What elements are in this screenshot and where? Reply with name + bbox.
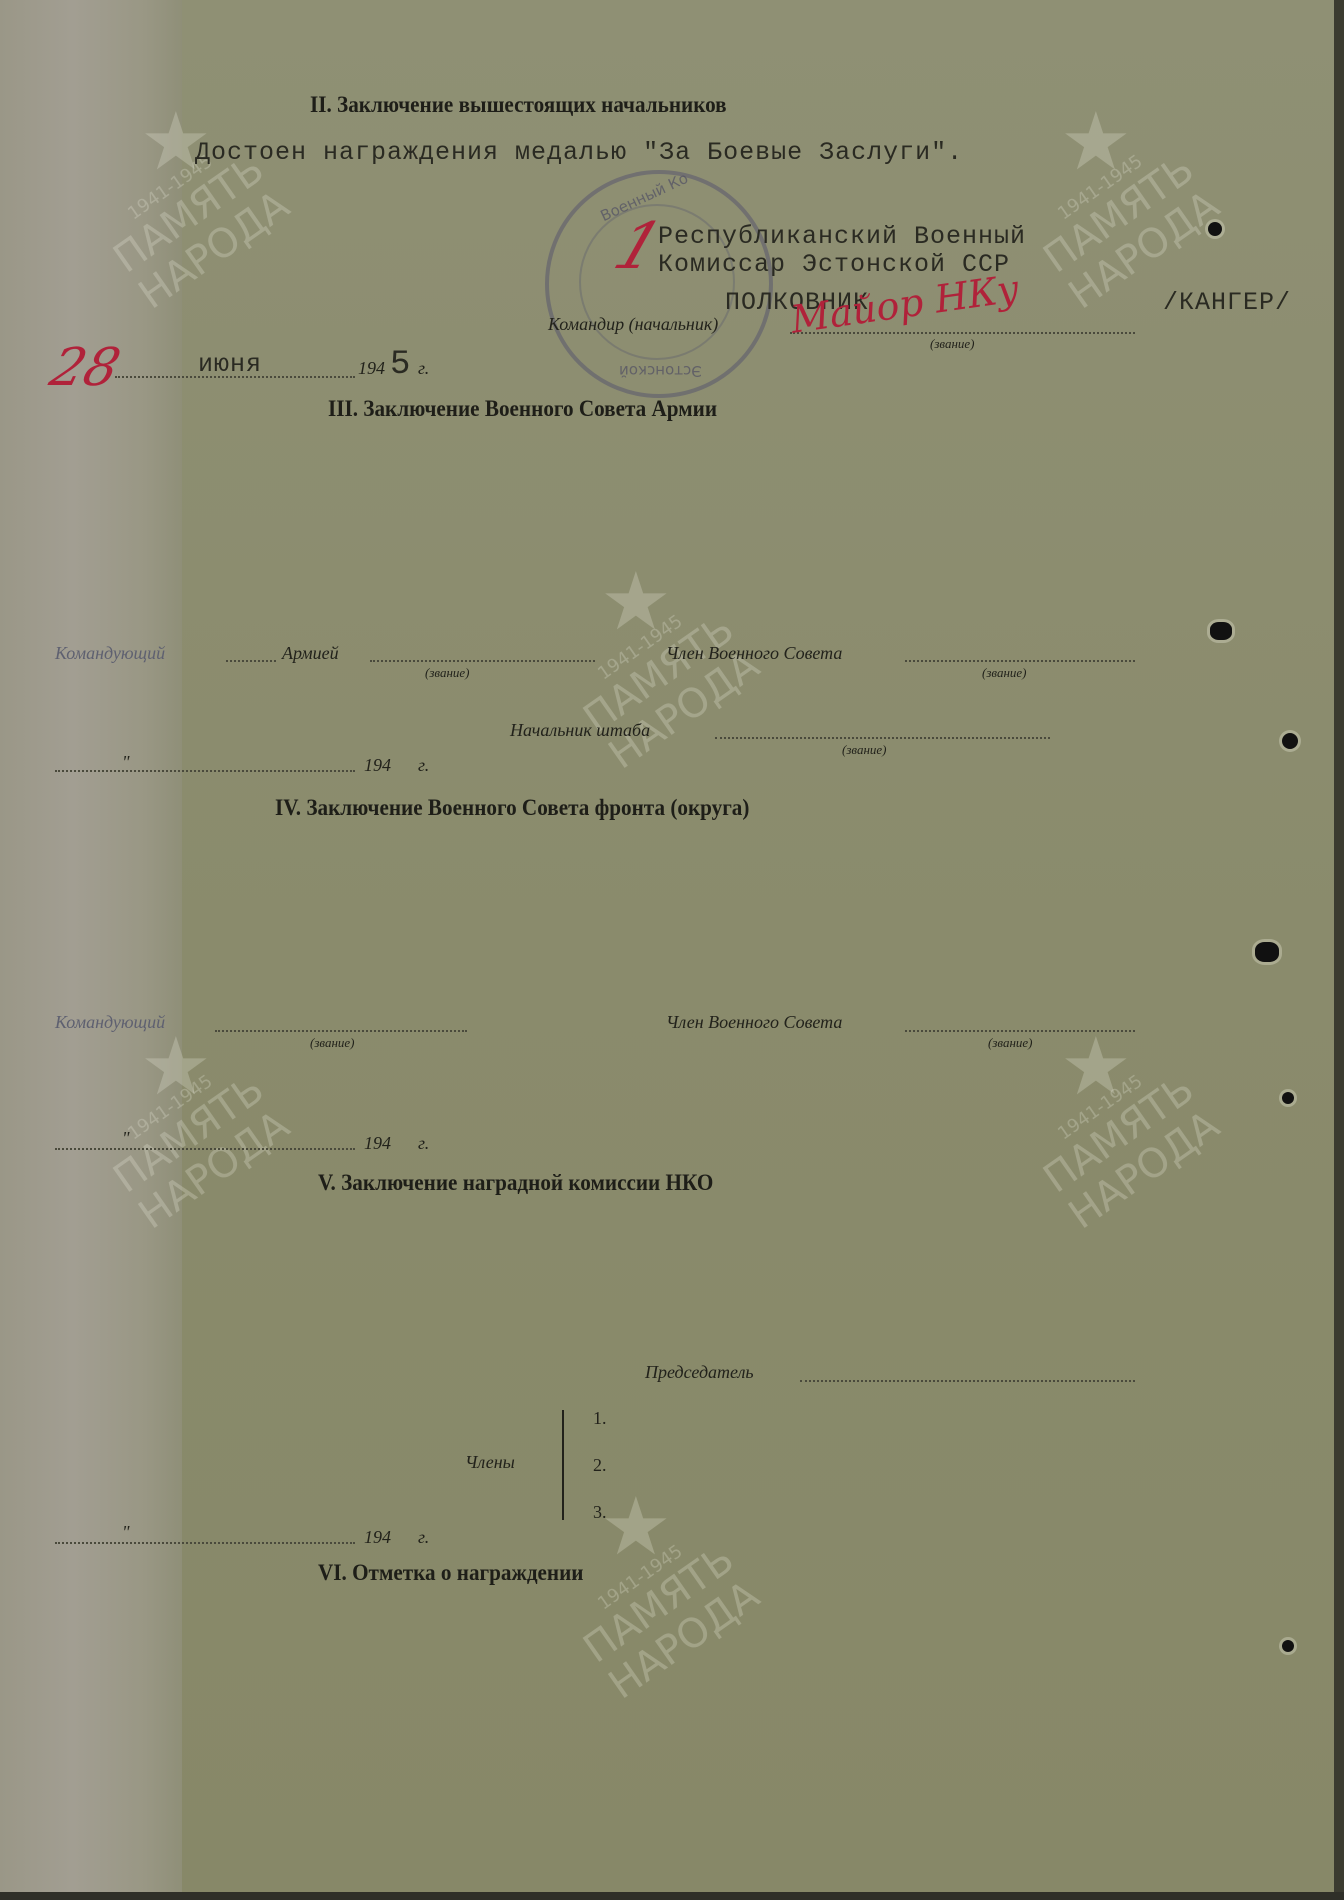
chairman-line xyxy=(800,1380,1135,1382)
date-line xyxy=(55,770,355,772)
year-unit: г. xyxy=(418,1527,429,1548)
date-quote: " xyxy=(122,1522,130,1543)
commander-label: Командир (начальник) xyxy=(548,314,718,335)
army-commander-line xyxy=(226,660,276,662)
rank-hint: (звание) xyxy=(930,336,975,352)
chairman-label: Председатель xyxy=(645,1362,754,1383)
council-member-line xyxy=(905,660,1135,662)
chief-rank-hint: (звание) xyxy=(842,742,887,758)
typed-name: /КАНГЕР/ xyxy=(1163,288,1291,317)
date-quote: " xyxy=(122,1128,130,1149)
year-unit: г. xyxy=(418,358,429,379)
army-label: Армией xyxy=(282,643,339,664)
front-council-rank-hint: (звание) xyxy=(988,1035,1033,1051)
member-1-number: 1. xyxy=(593,1408,607,1429)
punch-hole xyxy=(1282,1640,1294,1652)
front-commander-label: Командующий xyxy=(55,1012,165,1033)
year-unit: г. xyxy=(418,755,429,776)
chief-of-staff-label: Начальник штаба xyxy=(510,720,650,741)
members-label: Члены xyxy=(465,1452,515,1473)
front-rank-hint: (звание) xyxy=(310,1035,355,1051)
date-year-suffix: 5 xyxy=(390,346,411,384)
council-rank-hint: (звание) xyxy=(982,665,1027,681)
army-rank-line xyxy=(370,660,595,662)
front-council-member-line xyxy=(905,1030,1135,1032)
date-year-prefix: 194 xyxy=(364,755,391,776)
members-brace xyxy=(562,1410,572,1520)
punch-hole xyxy=(1255,942,1279,962)
typed-position-line1: Республиканский Военный xyxy=(658,222,1026,251)
section-5-heading: V. Заключение наградной комиссии НКО xyxy=(318,1170,713,1196)
punch-hole xyxy=(1208,222,1222,236)
year-unit: г. xyxy=(418,1133,429,1154)
date-year-prefix: 194 xyxy=(358,358,385,379)
date-line xyxy=(55,1542,355,1544)
stamp-bottom-text: Эстонской xyxy=(619,362,702,380)
section-2-heading: II. Заключение вышестоящих начальников xyxy=(310,92,727,118)
member-2-number: 2. xyxy=(593,1455,607,1476)
section-3-heading: III. Заключение Военного Совета Армии xyxy=(328,396,717,422)
member-3-number: 3. xyxy=(593,1502,607,1523)
punch-hole xyxy=(1210,622,1232,640)
punch-hole xyxy=(1282,1092,1294,1104)
council-member-label: Член Военного Совета xyxy=(666,643,842,664)
section-4-heading: IV. Заключение Военного Совета фронта (о… xyxy=(275,795,749,821)
army-commander-label: Командующий xyxy=(55,643,165,664)
front-commander-line xyxy=(215,1030,467,1032)
date-year-prefix: 194 xyxy=(364,1527,391,1548)
front-council-member-label: Член Военного Совета xyxy=(666,1012,842,1033)
section-6-heading: VI. Отметка о награждении xyxy=(318,1560,584,1586)
date-line xyxy=(55,1148,355,1150)
page-edge-right xyxy=(1334,0,1344,1900)
typed-conclusion: Достоен награждения медалью "За Боевые З… xyxy=(195,138,963,167)
date-month: июня xyxy=(198,350,262,379)
punch-hole xyxy=(1282,733,1298,749)
official-stamp: Военный Ко Эстонской xyxy=(545,170,773,398)
page-edge-bottom xyxy=(0,1892,1344,1900)
chief-of-staff-line xyxy=(715,737,1050,739)
date-year-prefix: 194 xyxy=(364,1133,391,1154)
army-rank-hint: (звание) xyxy=(425,665,470,681)
